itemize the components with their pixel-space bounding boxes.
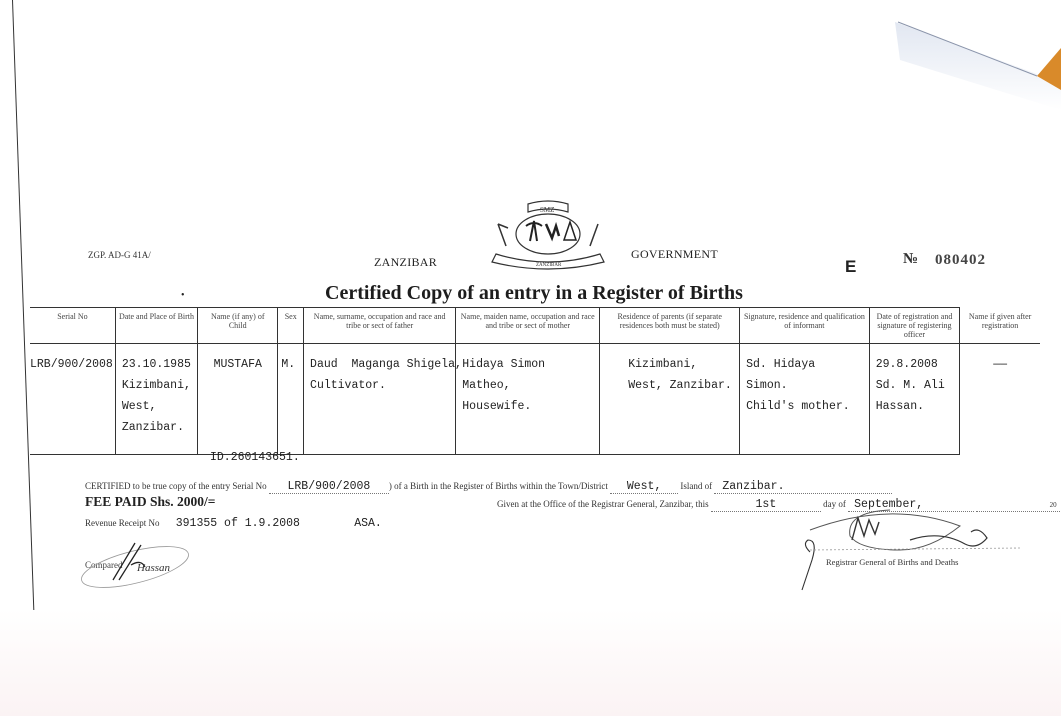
cert-mid: ) of a Birth in the Register of Births w… [389, 481, 608, 491]
cell-father: Daud Maganga Shigela, Cultivator. [304, 344, 456, 455]
cell-registration: 29.8.2008 Sd. M. Ali Hassan. [869, 344, 960, 455]
cell-date-place: 23.10.1985 Kizimbani, West, Zanzibar. [115, 344, 197, 455]
registrar-signature: Hassan. [876, 396, 954, 417]
cell-sex: M. [278, 344, 304, 455]
mother-occupation: Housewife. [462, 396, 593, 417]
receipt-initials: ASA. [302, 517, 382, 530]
header-sex: Sex [278, 308, 304, 344]
stray-mark: • [181, 290, 185, 301]
cert-district: West, [610, 480, 678, 494]
receipt-value: 391355 of 1.9.2008 [162, 517, 300, 530]
registrar-signature: Sd. M. Ali [876, 375, 954, 396]
compared-signature-icon: Hassan [75, 535, 195, 595]
number-sign: № [903, 251, 918, 268]
mother-name: Hidaya Simon Matheo, [462, 354, 593, 396]
year-prefix: 20 [1050, 501, 1057, 509]
header-date-place: Date and Place of Birth [115, 308, 197, 344]
residence-line: West, Zanzibar. [628, 375, 733, 396]
coat-of-arms-icon: SMZ ZANZIBAR [478, 196, 618, 270]
residence-line: Kizimbani, [628, 354, 733, 375]
header-name-after: Name if given after registration [960, 308, 1040, 344]
svg-text:SMZ: SMZ [540, 206, 554, 214]
registration-date: 29.8.2008 [876, 354, 954, 375]
cell-child-name: MUSTAFA [198, 344, 278, 455]
birth-date: 23.10.1985 [122, 354, 191, 375]
informant-signature: Sd. Hidaya Simon. [746, 354, 863, 396]
header-child-name: Name (if any) of Child [198, 308, 278, 344]
table-row: LRB/900/2008 23.10.1985 Kizimbani, West,… [30, 344, 1040, 455]
cell-residence: Kizimbani, West, Zanzibar. [600, 344, 740, 455]
birth-place-line: Zanzibar. [122, 417, 191, 438]
registrar-label: Registrar General of Births and Deaths [826, 557, 958, 567]
receipt-label: Revenue Receipt No [85, 518, 159, 528]
header-serial-no: Serial No [30, 308, 115, 344]
registrar-signature-icon [790, 500, 1040, 595]
certification-line-1: CERTIFIED to be true copy of the entry S… [85, 480, 892, 494]
svg-text:Hassan: Hassan [136, 562, 171, 574]
header-father: Name, surname, occupation and race and t… [304, 308, 456, 344]
year-value: 08 [1057, 498, 1061, 511]
series-letter: E [845, 257, 856, 277]
given-at-prefix: Given at the Office of the Registrar Gen… [497, 499, 709, 509]
informant-qualification: Child's mother. [746, 396, 863, 417]
child-id: ID.260143651. [210, 451, 300, 464]
table-header-row: Serial No Date and Place of Birth Name (… [30, 308, 1040, 344]
child-name: MUSTAFA [214, 358, 262, 371]
birth-place-line: West, [122, 396, 191, 417]
header-government: GOVERNMENT [631, 247, 718, 262]
cell-mother: Hidaya Simon Matheo, Housewife. [456, 344, 600, 455]
cell-name-after: —— [960, 344, 1040, 455]
register-table: Serial No Date and Place of Birth Name (… [30, 307, 1040, 455]
cell-serial-no: LRB/900/2008 [30, 344, 115, 455]
cert-island: Zanzibar. [714, 480, 892, 494]
cert-prefix: CERTIFIED to be true copy of the entry S… [85, 481, 267, 491]
header-mother: Name, maiden name, occupation and race a… [456, 308, 600, 344]
header-registration: Date of registration and signature of re… [869, 308, 960, 344]
cert-serial-no: LRB/900/2008 [269, 480, 389, 494]
header-zanzibar: ZANZIBAR [374, 255, 437, 270]
form-code: ZGP. AD-G 41A/ [88, 250, 151, 260]
cert-island-label: Island of [680, 481, 712, 491]
certificate-number: 080402 [935, 252, 986, 269]
fee-paid: FEE PAID Shs. 2000/= [85, 494, 215, 510]
header-informant: Signature, residence and qualification o… [740, 308, 870, 344]
paper-curl-corner [0, 0, 1061, 110]
document-title: Certified Copy of an entry in a Register… [325, 282, 743, 305]
svg-text:ZANZIBAR: ZANZIBAR [536, 263, 562, 268]
father-occupation: Cultivator. [310, 375, 449, 396]
revenue-receipt-line: Revenue Receipt No 391355 of 1.9.2008 AS… [85, 517, 382, 530]
cell-informant: Sd. Hidaya Simon. Child's mother. [740, 344, 870, 455]
father-name: Daud Maganga Shigela, [310, 354, 449, 375]
header-residence: Residence of parents (if separate reside… [600, 308, 740, 344]
birth-place-line: Kizimbani, [122, 375, 191, 396]
